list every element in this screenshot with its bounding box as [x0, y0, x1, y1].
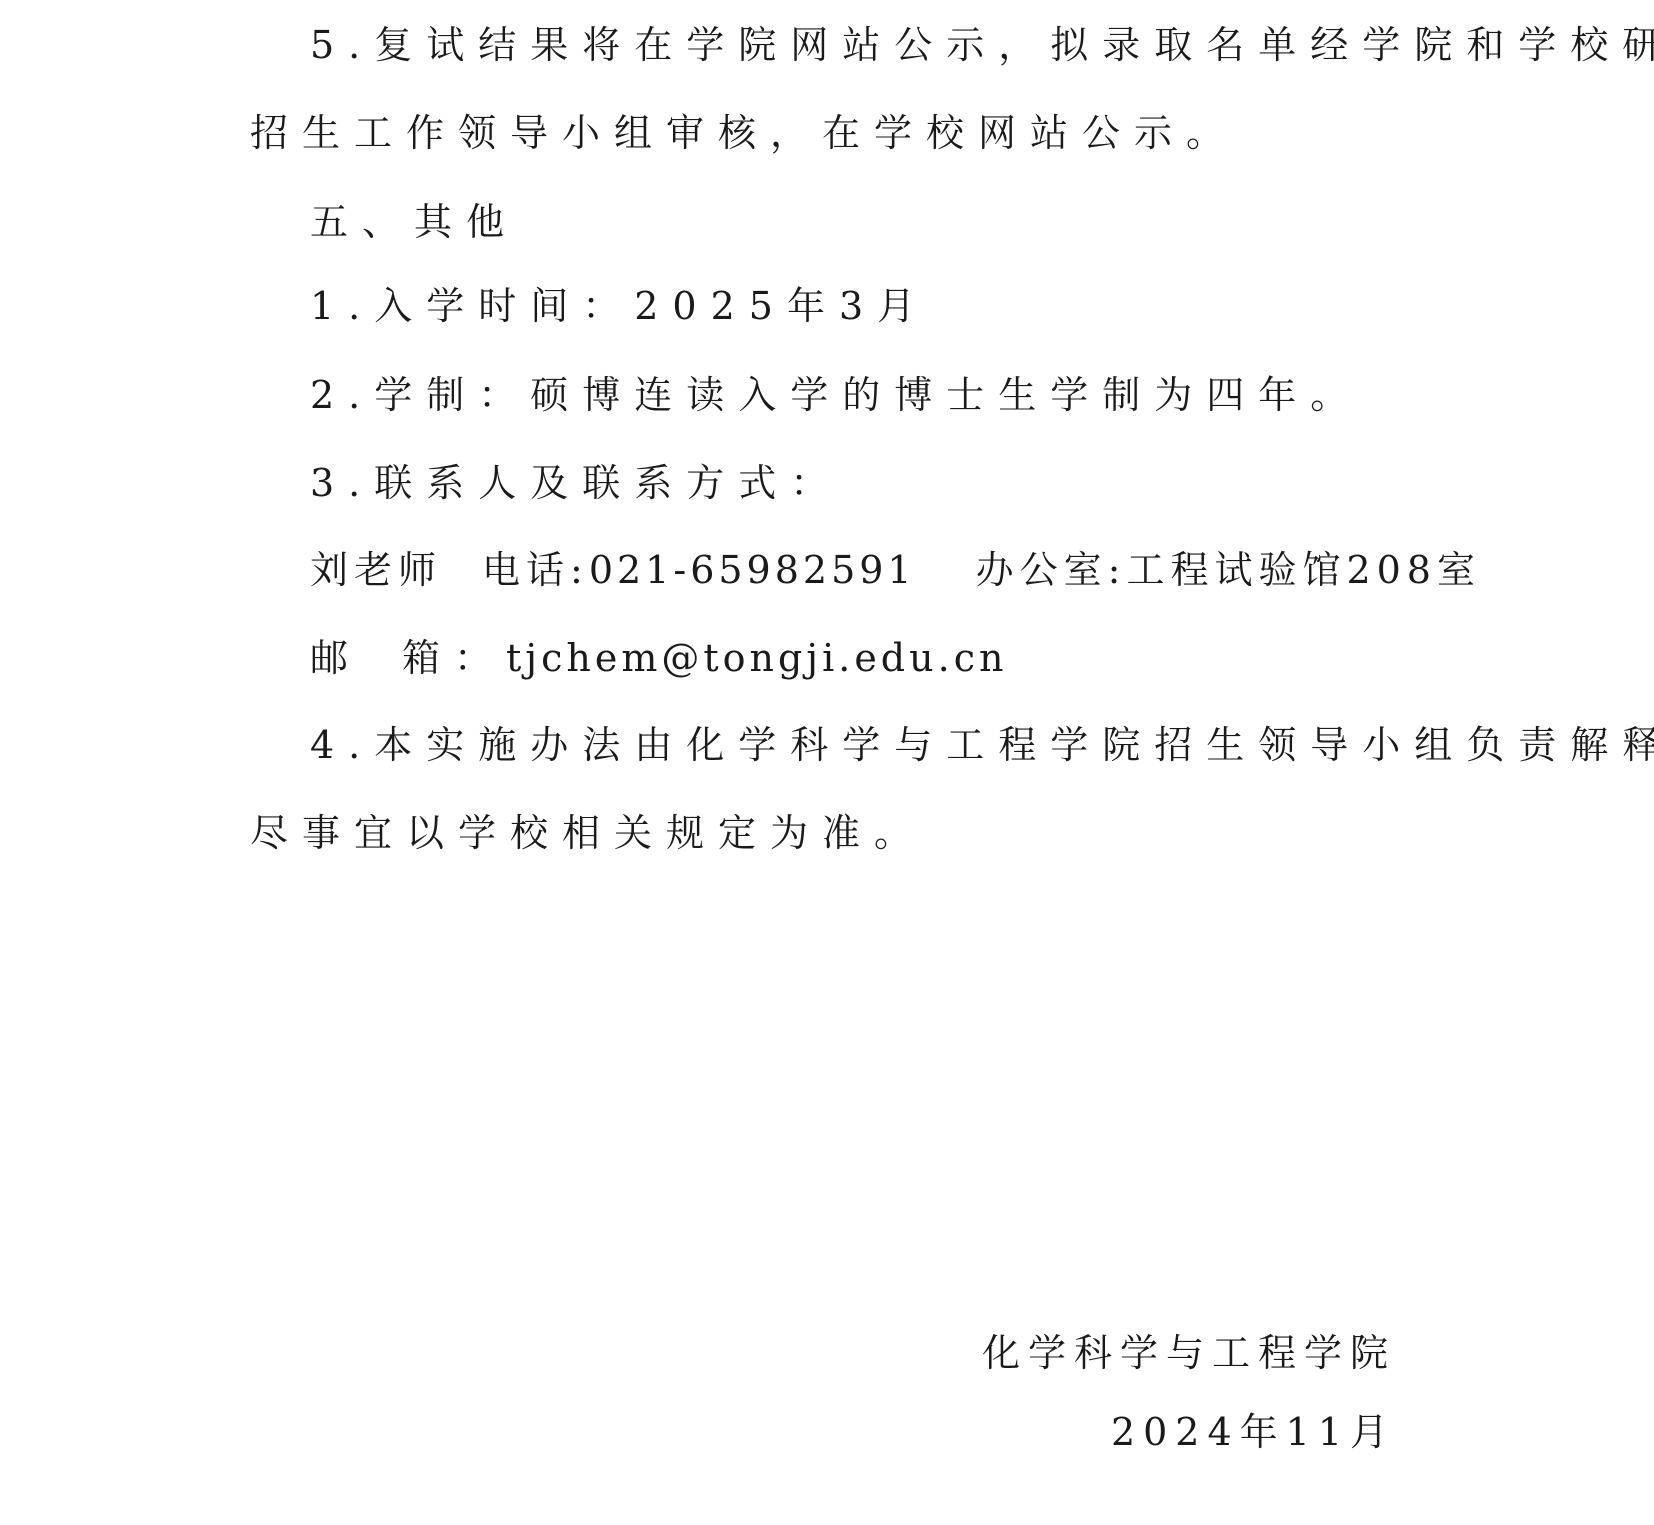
- item-4-line-2: 尽事宜以学校相关规定为准。: [250, 811, 926, 855]
- office-label: 办公室:: [976, 548, 1127, 592]
- contact-line: 刘老师电话:021-65982591办公室:工程试验馆208室: [310, 548, 1481, 592]
- section-heading-other: 五、其他: [310, 200, 518, 244]
- signature-org: 化学科学与工程学院: [982, 1331, 1396, 1375]
- email-address[interactable]: tjchem@tongji.edu.cn: [506, 636, 1007, 680]
- item-4-line-1: 4.本实施办法由化学科学与工程学院招生领导小组负责解释，未: [310, 723, 1654, 767]
- paragraph-5-line-1: 5.复试结果将在学院网站公示，拟录取名单经学院和学校研究生: [310, 23, 1654, 67]
- email-label-a: 邮: [310, 636, 362, 680]
- phone-number: 021-65982591: [589, 548, 916, 592]
- item-enrollment-time: 1.入学时间：2025年3月: [310, 284, 929, 328]
- office-location: 工程试验馆208室: [1126, 548, 1481, 592]
- paragraph-5-line-2: 招生工作领导小组审核，在学校网站公示。: [250, 111, 1238, 155]
- email-label-b: 箱：: [402, 636, 506, 680]
- email-line: 邮箱：tjchem@tongji.edu.cn: [310, 636, 1007, 680]
- item-duration: 2.学制：硕博连读入学的博士生学制为四年。: [310, 373, 1362, 417]
- contact-name: 刘老师: [310, 548, 442, 592]
- phone-label: 电话:: [482, 548, 589, 592]
- signature-date: 2024年11月: [1111, 1410, 1396, 1454]
- item-contact-heading: 3.联系人及联系方式：: [310, 461, 842, 505]
